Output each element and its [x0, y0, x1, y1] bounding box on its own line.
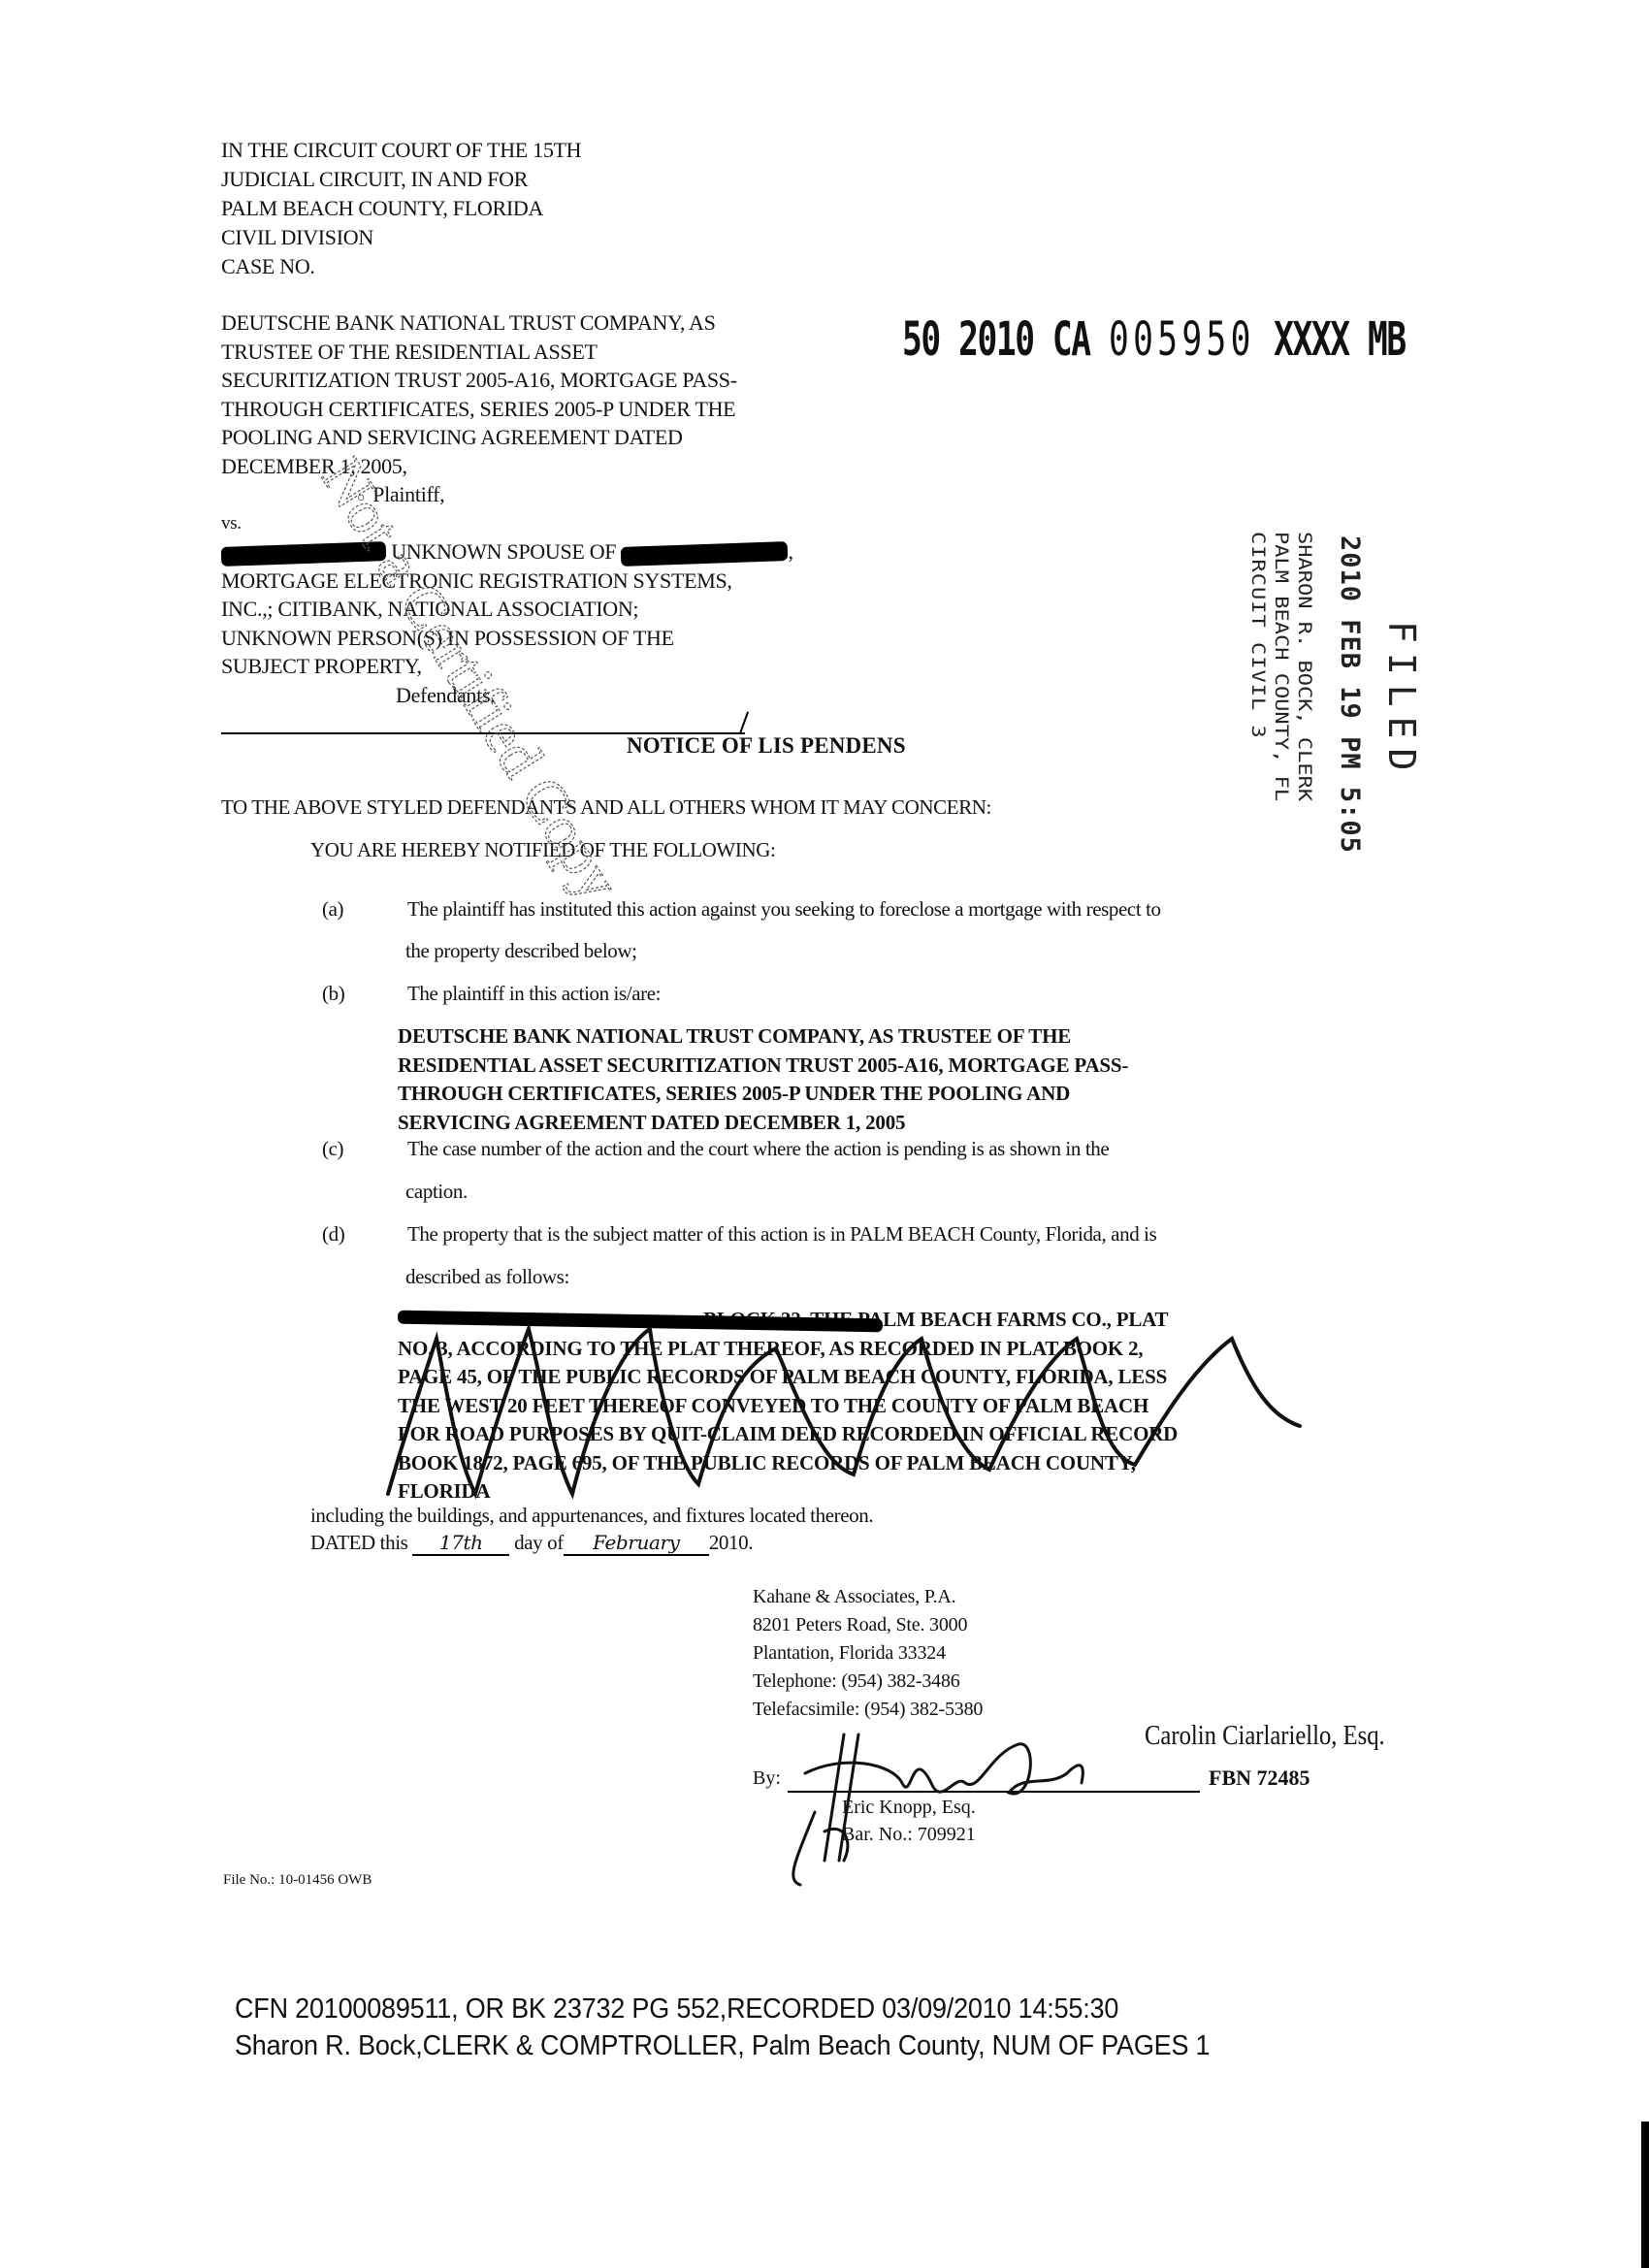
legal-description-line: FOR ROAD PURPOSES BY QUIT-CLAIM DEED REC… [398, 1420, 1178, 1449]
plaintiff-line: TRUSTEE OF THE RESIDENTIAL ASSET [221, 338, 793, 367]
item-b-line: The plaintiff in this action is/are: [407, 982, 661, 1006]
item-d-line: The property that is the subject matter … [407, 1222, 1156, 1247]
item-label-c: (c) [322, 1137, 343, 1161]
firm-city: Plantation, Florida 33324 [753, 1639, 983, 1668]
legal-description-line: FLORIDA [398, 1477, 1178, 1507]
item-label-d: (d) [322, 1222, 344, 1247]
firm-fax: Telefacsimile: (954) 382-5380 [753, 1696, 983, 1724]
plaintiff-line: POOLING AND SERVICING AGREEMENT DATED [221, 423, 793, 452]
item-label-a: (a) [322, 897, 343, 922]
case-no-label: CASE NO. [221, 252, 581, 281]
plaintiff-name-line: SERVICING AGREEMENT DATED DECEMBER 1, 20… [398, 1109, 1128, 1138]
page-title: NOTICE OF LIS PENDENS [627, 733, 906, 759]
plaintiff-name-line: RESIDENTIAL ASSET SECURITIZATION TRUST 2… [398, 1052, 1128, 1081]
defendant-line: UNKNOWN PERSON(S) IN POSSESSION OF THE [221, 624, 793, 653]
signer-name: Carolin Ciarlariello, Esq. [1145, 1721, 1385, 1752]
firm-telephone: Telephone: (954) 382-3486 [753, 1668, 983, 1696]
legal-description-line: BOOK 1872, PAGE 695, OF THE PUBLIC RECOR… [398, 1449, 1178, 1478]
defendant-line: UNKNOWN SPOUSE OF , [221, 537, 793, 567]
including-line: including the buildings, and appurtenanc… [310, 1504, 873, 1528]
item-d-line: described as follows: [405, 1265, 569, 1289]
plaintiff-line: DEUTSCHE BANK NATIONAL TRUST COMPANY, AS [221, 308, 793, 338]
recording-stamp: CFN 20100089511, OR BK 23732 PG 552,RECO… [235, 1991, 1210, 2064]
redaction-mark [221, 541, 387, 567]
bullet-mark: ○ [357, 491, 365, 505]
parties-caption: DEUTSCHE BANK NATIONAL TRUST COMPANY, AS… [221, 308, 793, 709]
file-number: File No.: 10-01456 OWB [223, 1872, 372, 1889]
plaintiff-label-row: ○Plaintiff, [221, 480, 793, 509]
case-number-suffix: XXXX MB [1274, 312, 1406, 367]
document-page: IN THE CIRCUIT COURT OF THE 15TH JUDICIA… [0, 0, 1649, 2268]
recording-line: Sharon R. Bock,CLERK & COMPTROLLER, Palm… [235, 2027, 1210, 2064]
attorney-bar: Bar. No.: 709921 [842, 1824, 976, 1846]
court-caption-line: IN THE CIRCUIT COURT OF THE 15TH [221, 136, 581, 165]
dated-year: 2010. [709, 1531, 753, 1554]
item-a-line: The plaintiff has instituted this action… [407, 897, 1161, 922]
notified-line: YOU ARE HEREBY NOTIFIED OF THE FOLLOWING… [310, 838, 775, 862]
court-caption-line: JUDICIAL CIRCUIT, IN AND FOR [221, 165, 581, 194]
firm-street: 8201 Peters Road, Ste. 3000 [753, 1611, 983, 1639]
court-caption-line: PALM BEACH COUNTY, FLORIDA [221, 194, 581, 223]
defendants-label: Defendants. [221, 681, 793, 710]
dated-middle: day of [514, 1531, 564, 1554]
legal-description-line: NO. 3, ACCORDING TO THE PLAT THEREOF, AS… [398, 1335, 1178, 1364]
dated-day-field: 17th [412, 1531, 509, 1556]
court-caption-line: CIVIL DIVISION [221, 223, 581, 252]
caption-divider-tick [739, 711, 749, 733]
plaintiff-line: DECEMBER 1, 2005, [221, 452, 793, 481]
versus-label: vs. [221, 509, 793, 538]
plaintiff-line: SECURITIZATION TRUST 2005-A16, MORTGAGE … [221, 366, 793, 395]
dated-line: DATED this 17th day ofFebruary2010. [310, 1531, 753, 1556]
filed-clerk-line1: SHARON R. BOCK, CLERK [1294, 532, 1314, 801]
case-number-prefix: 50 2010 CA [902, 312, 1090, 367]
firm-name: Kahane & Associates, P.A. [753, 1583, 983, 1611]
recording-line: CFN 20100089511, OR BK 23732 PG 552,RECO… [235, 1991, 1210, 2027]
filed-clerk-line3: CIRCUIT CIVIL 3 [1247, 532, 1268, 739]
plaintiff-name-line: DEUTSCHE BANK NATIONAL TRUST COMPANY, AS… [398, 1022, 1128, 1052]
plaintiff-line: THROUGH CERTIFICATES, SERIES 2005-P UNDE… [221, 395, 793, 424]
signature-line [788, 1791, 1200, 1793]
dated-month-field: February [564, 1531, 709, 1556]
defendant-line: MORTGAGE ELECTRONIC REGISTRATION SYSTEMS… [221, 567, 793, 596]
defendant-text: UNKNOWN SPOUSE OF [391, 539, 616, 564]
legal-description-line: THE WEST 20 FEET THEREOF CONVEYED TO THE… [398, 1392, 1178, 1421]
filed-stamp: CIRCUIT CIVIL 3 PALM BEACH COUNTY, FL SH… [1217, 532, 1431, 842]
by-label: By: [753, 1767, 781, 1790]
item-c-line: caption. [405, 1180, 468, 1204]
court-caption: IN THE CIRCUIT COURT OF THE 15TH JUDICIA… [221, 136, 581, 281]
dated-prefix: DATED this [310, 1531, 407, 1554]
firm-block: Kahane & Associates, P.A. 8201 Peters Ro… [753, 1583, 983, 1724]
filed-datetime: 2010 FEB 19 PM 5:05 [1335, 535, 1365, 854]
defendant-line: INC.,; CITIBANK, NATIONAL ASSOCIATION; [221, 595, 793, 624]
plaintiff-name-block: DEUTSCHE BANK NATIONAL TRUST COMPANY, AS… [398, 1022, 1128, 1137]
legal-description: BLOCK 32, THE PALM BEACH FARMS CO., PLAT… [398, 1306, 1178, 1507]
address-line: TO THE ABOVE STYLED DEFENDANTS AND ALL O… [221, 795, 991, 820]
case-number-stamp: 50 2010 CA 005950 XXXX MB [902, 312, 1406, 367]
item-label-b: (b) [322, 982, 344, 1006]
legal-description-line: BLOCK 32, THE PALM BEACH FARMS CO., PLAT [398, 1306, 1178, 1335]
item-c-line: The case number of the action and the co… [407, 1137, 1109, 1161]
case-number-digits: 005950 [1109, 312, 1255, 367]
item-a-line: the property described below; [405, 939, 637, 963]
redaction-mark [621, 541, 789, 567]
plaintiff-label: Plaintiff, [372, 482, 444, 506]
plaintiff-name-line: THROUGH CERTIFICATES, SERIES 2005-P UNDE… [398, 1080, 1128, 1109]
legal-description-line: PAGE 45, OF THE PUBLIC RECORDS OF PALM B… [398, 1363, 1178, 1392]
filed-word: FILED [1380, 621, 1423, 780]
attorney-name: Eric Knopp, Esq. [842, 1797, 976, 1819]
defendant-line: SUBJECT PROPERTY, [221, 652, 793, 681]
signer-fbn: FBN 72485 [1209, 1766, 1310, 1791]
scan-edge-bar [1641, 2122, 1649, 2268]
filed-clerk-line2: PALM BEACH COUNTY, FL [1271, 532, 1291, 801]
